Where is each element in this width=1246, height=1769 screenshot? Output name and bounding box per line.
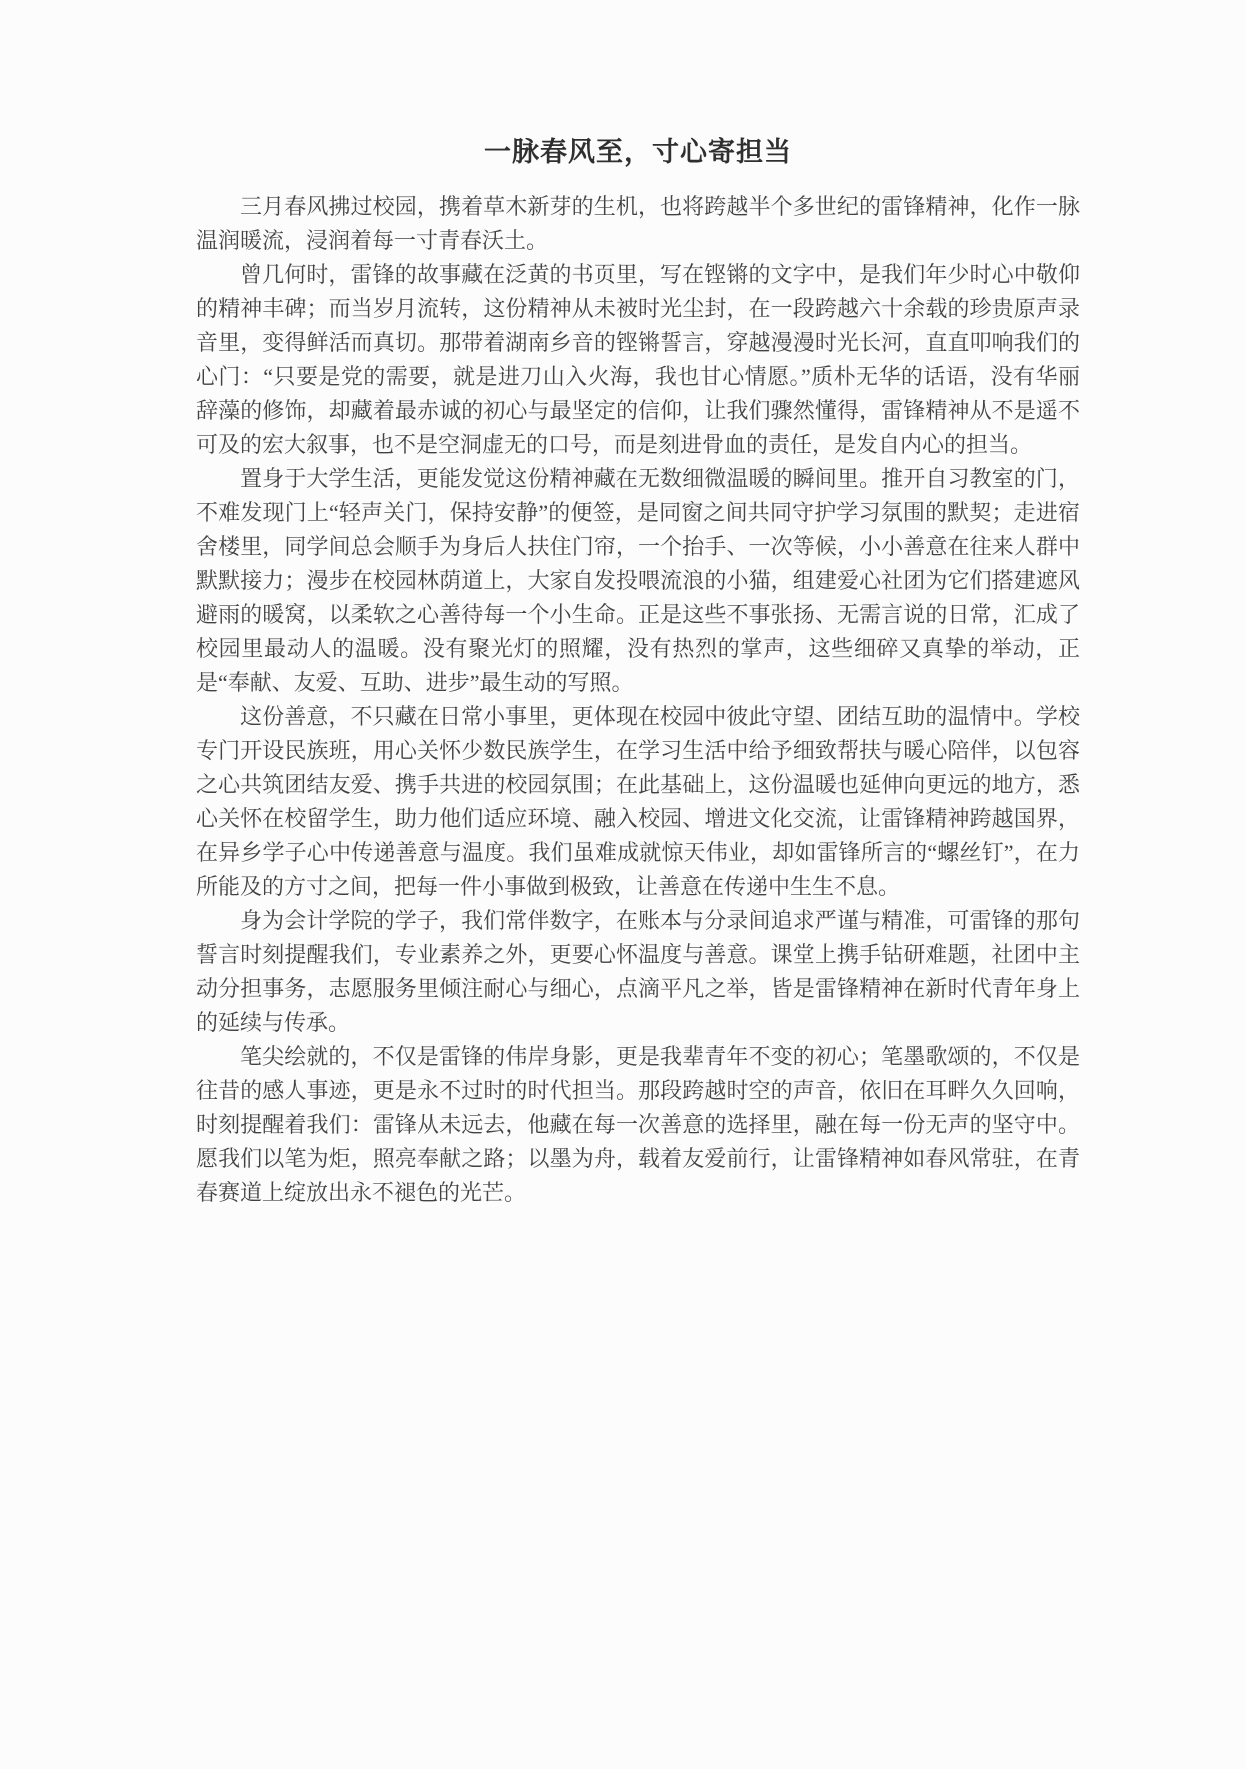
essay-content: 一脉春风至，寸心寄担当 三月春风拂过校园，携着草木新芽的生机，也将跨越半个多世纪… — [196, 134, 1080, 1210]
essay-title: 一脉春风至，寸心寄担当 — [196, 134, 1080, 170]
essay-paragraph: 身为会计学院的学子，我们常伴数字，在账本与分录间追求严谨与精准，可雷锋的那句誓言… — [196, 904, 1080, 1040]
essay-paragraph: 笔尖绘就的，不仅是雷锋的伟岸身影，更是我辈青年不变的初心；笔墨歌颂的，不仅是往昔… — [196, 1040, 1080, 1210]
essay-paragraph: 三月春风拂过校园，携着草木新芽的生机，也将跨越半个多世纪的雷锋精神，化作一脉温润… — [196, 190, 1080, 258]
essay-paragraph: 曾几何时，雷锋的故事藏在泛黄的书页里，写在铿锵的文字中，是我们年少时心中敬仰的精… — [196, 258, 1080, 462]
essay-paragraph: 这份善意，不只藏在日常小事里，更体现在校园中彼此守望、团结互助的温情中。学校专门… — [196, 700, 1080, 904]
essay-paragraph: 置身于大学生活，更能发觉这份精神藏在无数细微温暖的瞬间里。推开自习教室的门，不难… — [196, 462, 1080, 700]
document-page: 一脉春风至，寸心寄担当 三月春风拂过校园，携着草木新芽的生机，也将跨越半个多世纪… — [0, 0, 1246, 1769]
